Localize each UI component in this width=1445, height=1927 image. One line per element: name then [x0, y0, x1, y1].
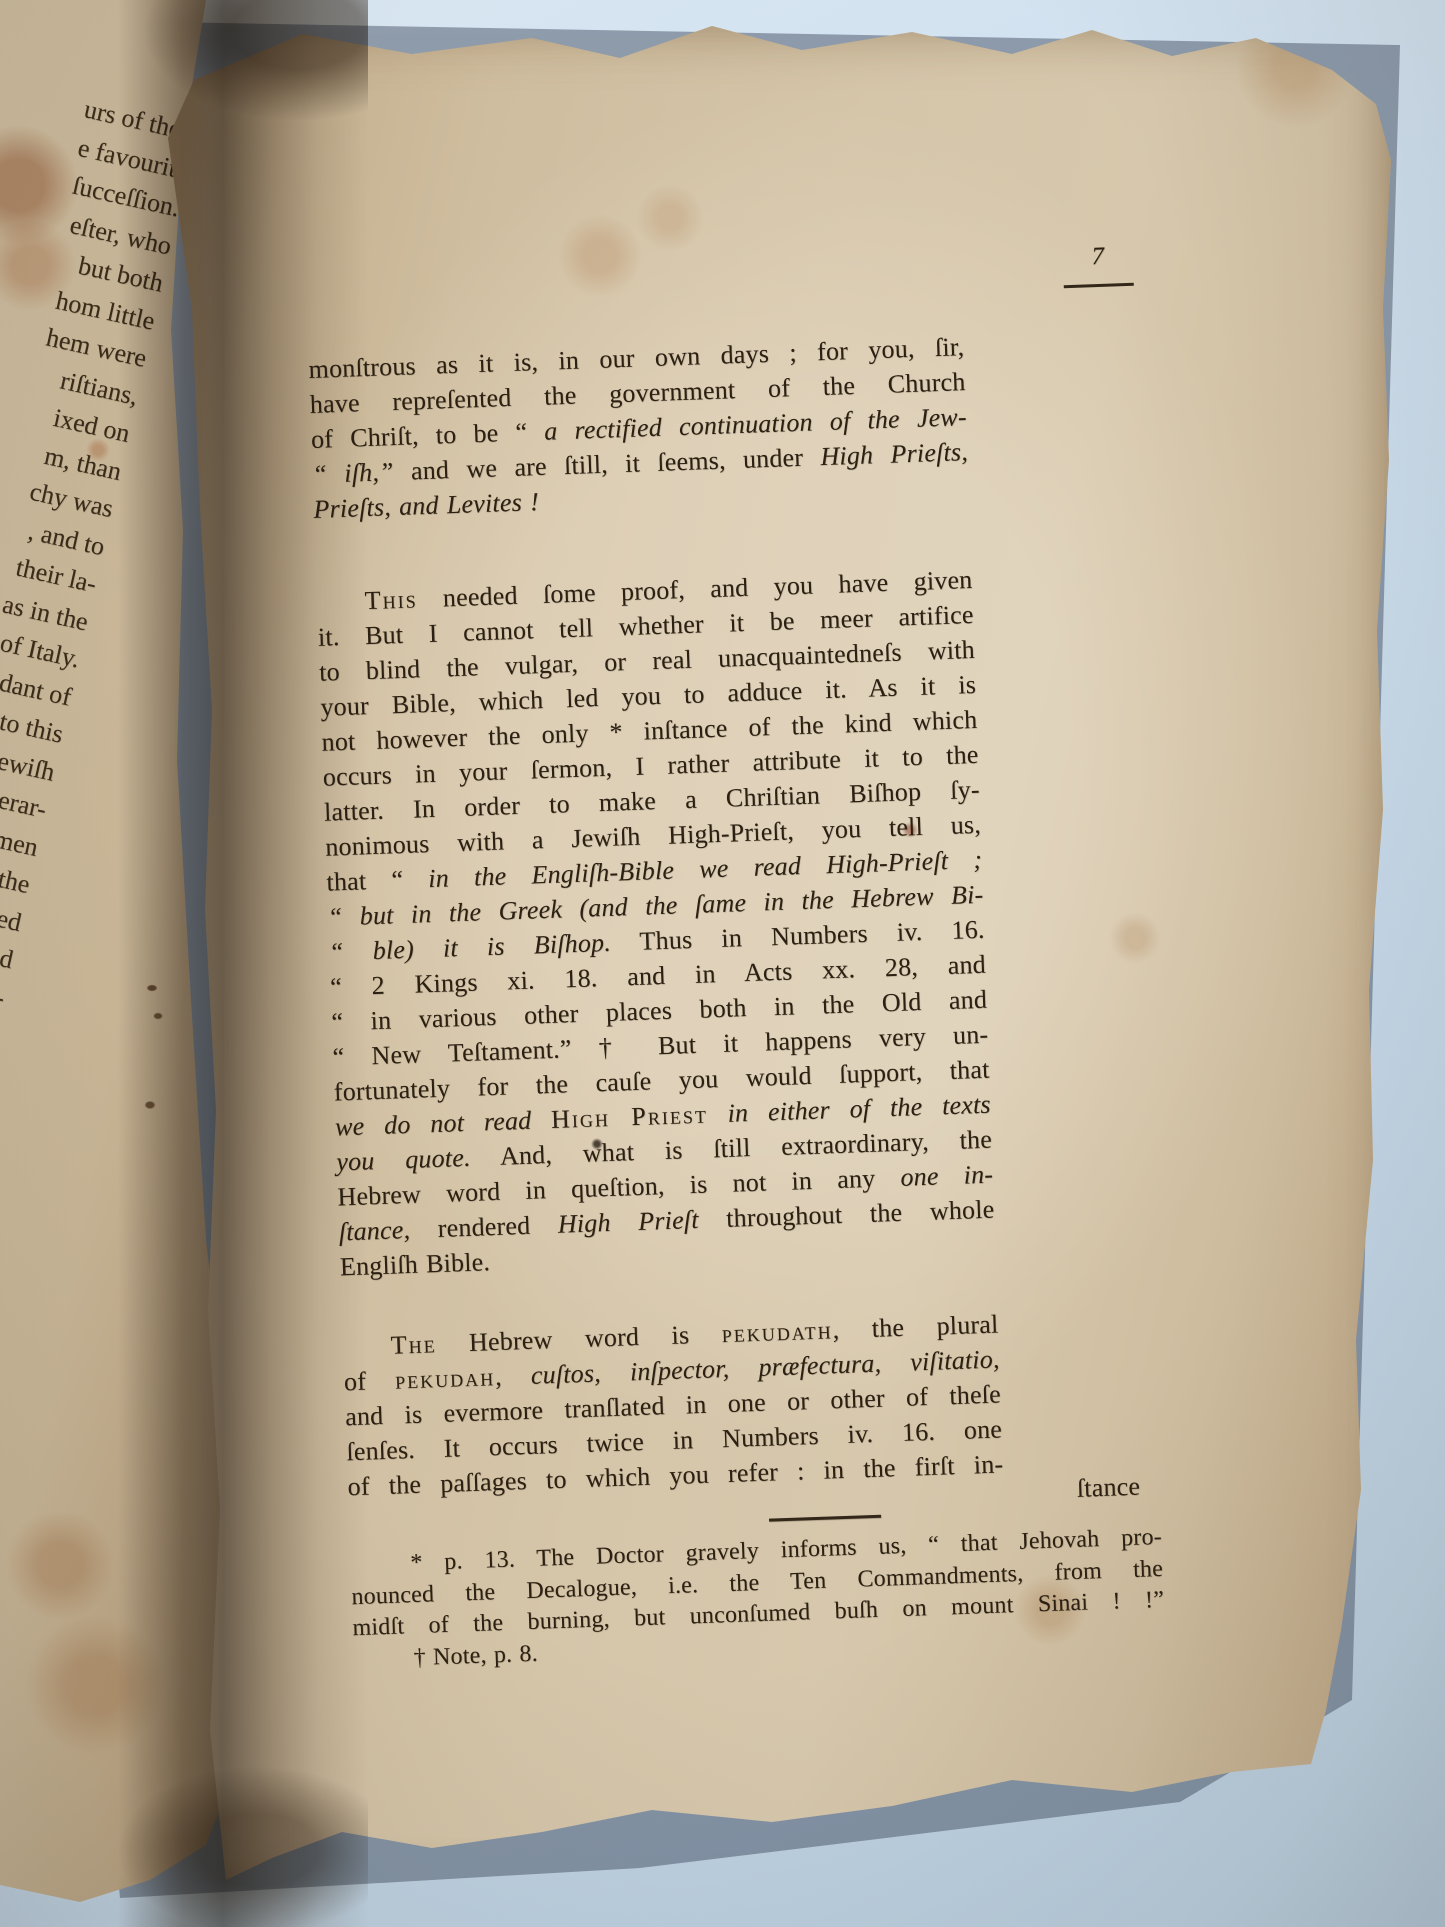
paragraph-2: This needed ſome proof, and you have giv… [316, 562, 996, 1284]
footnote: * p. 13. The Doctor gravely informs us, … [350, 1522, 1166, 1676]
text-segment: one in- [900, 1160, 994, 1192]
text-segment: Prieſts, and Levites ! [313, 487, 539, 524]
page-number-value: 7 [1061, 239, 1134, 275]
text-segment: throughout the whole [698, 1195, 995, 1234]
text-segment: , [495, 1361, 532, 1391]
text-segment: rendered [410, 1210, 559, 1244]
text-segment: ſtance, [338, 1215, 410, 1246]
paragraph-3: The Hebrew word is pekudath, the pluralo… [342, 1307, 1004, 1505]
text-segment: Engliſh Bible. [339, 1247, 490, 1281]
text-segment: This [364, 584, 418, 615]
text-segment: that “ [326, 864, 429, 897]
text-segment: of Chriſt, to be “ [311, 417, 545, 454]
text-segment: pekudath [721, 1315, 833, 1348]
book-photo: urs of theire favouriteſucceſſion.eſter,… [0, 0, 1445, 1927]
text-segment: High Prieſt [557, 1205, 699, 1239]
text-segment: you quote. [336, 1143, 471, 1177]
text-segment: The [390, 1329, 437, 1360]
text-segment: of [343, 1366, 395, 1397]
text-segment: , the plural [832, 1310, 999, 1345]
right-page: 7 monſtrous as it is, in our own days ; … [150, 8, 1400, 1908]
left-page-text: urs of theire favouriteſucceſſion.eſter,… [0, 59, 204, 1544]
paragraph-1: monſtrous as it is, in our own days ; fo… [308, 329, 970, 527]
text-segment: we do not read [335, 1105, 552, 1142]
page-text-block: monſtrous as it is, in our own days ; fo… [308, 324, 1170, 1677]
text-segment: High Prieſts, [820, 437, 968, 471]
text-segment: High Priest [551, 1100, 709, 1134]
text-segment: † Note, p. 8. [413, 1640, 538, 1670]
text-segment: pekudah [395, 1362, 496, 1394]
text-segment: “ iſh,” [312, 457, 394, 489]
page-number: 7 [1061, 239, 1135, 288]
page-number-rule [1064, 283, 1134, 288]
